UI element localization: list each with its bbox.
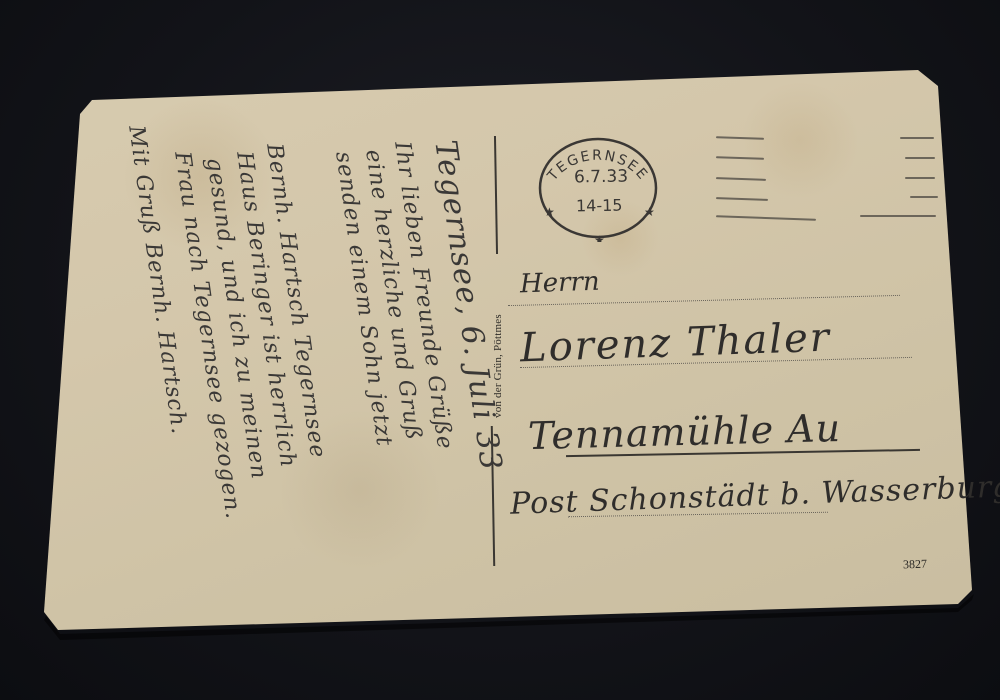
address-salutation: Herrn bbox=[520, 267, 601, 300]
cancellation-line bbox=[900, 137, 934, 139]
postmark-date: 6.7.33 bbox=[574, 167, 628, 188]
svg-text:★: ★ bbox=[644, 205, 655, 219]
cancellation-line bbox=[910, 196, 938, 198]
address-place: Tennamühle Au bbox=[527, 406, 841, 458]
address-name: Lorenz Thaler bbox=[519, 315, 831, 372]
cancellation-line bbox=[905, 157, 935, 159]
cancellation-line bbox=[716, 177, 766, 181]
divider-line-top bbox=[494, 136, 498, 254]
cancellation-line bbox=[716, 215, 816, 220]
serial-number: 3827 bbox=[903, 557, 928, 573]
cancellation-line bbox=[905, 177, 935, 179]
postcard-content: von der Grün, Pöttmes TEGERNSEE ★ ★ ★ 6.… bbox=[0, 0, 1000, 700]
cancellation-line bbox=[716, 136, 764, 140]
svg-text:★: ★ bbox=[594, 233, 605, 242]
svg-text:★: ★ bbox=[544, 205, 555, 219]
cancellation-line bbox=[716, 156, 764, 160]
cancellation-line bbox=[860, 215, 936, 217]
postmark-time: 14-15 bbox=[576, 196, 623, 216]
cancellation-line bbox=[716, 197, 768, 201]
